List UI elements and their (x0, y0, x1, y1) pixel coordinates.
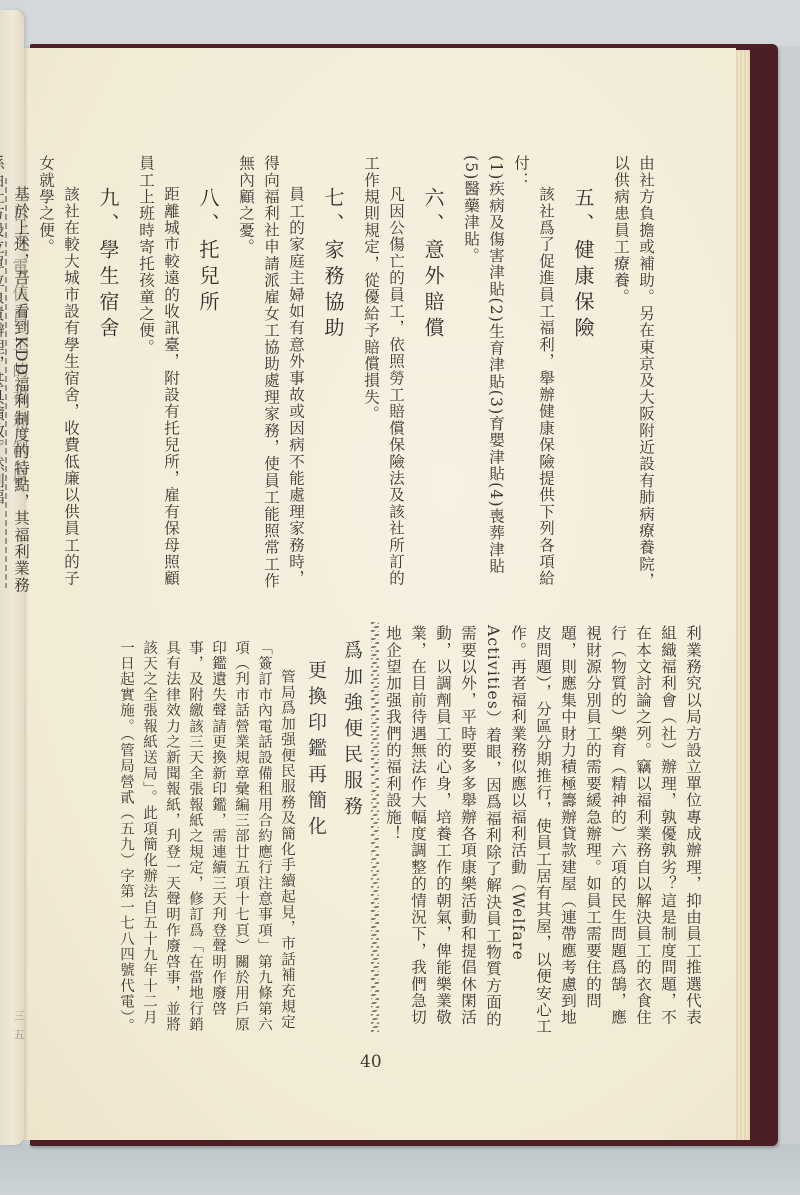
continued-paragraph: 由社方負擔或補助。另在東京及大阪附近設有肺病療養院，以供病患員工療養。 (608, 155, 658, 595)
section-heading-8: 八、托兒所 (191, 155, 225, 595)
section-heading-7: 七、家務協助 (316, 155, 350, 595)
background-bottom (0, 1144, 800, 1195)
section-6-paragraph: 凡因公傷亡的員工，依照勞工賠償保險法及該社所訂的工作規則規定，從優給予賠償損失。 (358, 155, 408, 595)
section-5-paragraph-2: (1)疾病及傷害津貼(2)生育津貼(3)育嬰津貼(4)喪葬津貼(5)醫藥津貼。 (458, 155, 508, 595)
section-7-paragraph: 員工的家庭主婦如有意外事故或因病不能處理家務時，得向福利社申請派雇女工協助處理家… (233, 155, 308, 595)
lower-article-continuation: 利業務究以局方設立單位專成辦理，抑由員工推選代表組織福利會（社）辦理，孰優孰劣？… (380, 625, 705, 1035)
background-top (0, 0, 800, 46)
section-heading-6: 六、意外賠償 (416, 155, 450, 595)
section-heading-5: 五、健康保險 (566, 155, 600, 595)
conclusion-paragraph: 利業務究以局方設立單位專成辦理，抑由員工推選代表組織福利會（社）辦理，孰優孰劣？… (380, 625, 705, 1035)
margin-page-mark: 三五 (10, 1010, 26, 1048)
section-5-paragraph-1: 該社爲了促進員工福利，舉辦健康保險提供下列各項給付： (508, 155, 558, 595)
notice-body-block: 管局爲加强便民服務及簡化手續起見，市話補充規定「簽訂市內電話設備租用合約應行注意… (114, 640, 298, 1040)
section-9-paragraph-1: 該社在較大城市設有學生宿舍，收費低廉以供員工的子女就學之便。 (33, 155, 83, 595)
notice-title: 爲加強便民服務 更換印鑑再簡化 (298, 640, 370, 842)
notice-title-line-1: 爲加強便民服務 (334, 640, 370, 842)
page-number: 40 (360, 1052, 382, 1072)
wavy-column-divider (371, 622, 379, 1032)
section-heading-9: 九、學生宿舍 (91, 155, 125, 595)
section-9-paragraph-2: 基於上述，吾人看到KDD福利制度的特點，其福利業務係由社方設立單位負責辦理，甚具… (0, 155, 33, 595)
upper-text-block: 由社方負擔或補助。另在東京及大阪附近設有肺病療養院，以供病患員工療養。 五、健康… (0, 155, 658, 595)
notice-title-line-2: 更換印鑑再簡化 (298, 640, 334, 842)
notice-paragraph: 管局爲加强便民服務及簡化手續起見，市話補充規定「簽訂市內電話設備租用合約應行注意… (114, 640, 298, 1040)
section-8-paragraph: 距離城市較遠的收訊臺，附設有托兒所，雇有保母照顧員工上班時寄托孩童之便。 (133, 155, 183, 595)
